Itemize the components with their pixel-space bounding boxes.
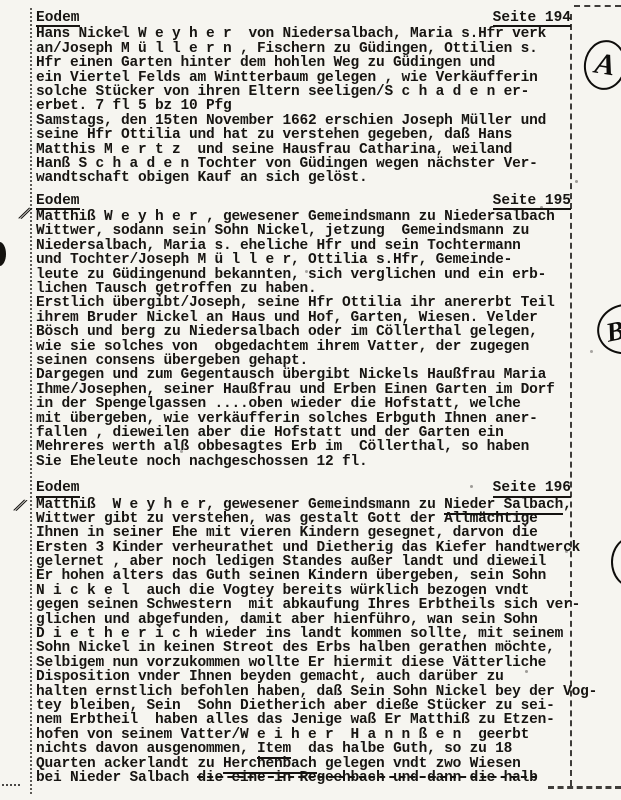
entry-body: Matthiß W e y h e r , gewesener Gemeinds… [36,210,621,469]
text-line: Ihme/Josephen, seiner Haußfrau und Erben… [36,383,621,397]
text-line: lichen Tausch getroffen zu haben. [36,282,621,296]
text-line: Matthis M e r t z und seine Hausfrau Cat… [36,143,621,157]
entry-body: Matthiß W e y h e r, gewesener Gemeindsm… [36,498,621,786]
text-line: seine Hfr Ottilia und hat zu verstehen g… [36,128,621,142]
entry-header: Eodem Seite 196 [36,483,571,497]
text-line: Matthiß W e y h e r , gewesener Gemeinds… [36,210,621,224]
text-line: halten ernstlich befohlen haben, daß Sei… [36,685,621,699]
text-line: Hans Nickel W e y h e r von Niedersalbac… [36,27,621,41]
strikethrough-extension [548,786,621,789]
text-line: Er hohen alters das Guth seinen Kindern … [36,569,621,583]
text-line: tey bleiben, Sein Sohn Dietherich aber d… [36,699,621,713]
text-line: Wittwer gibt zu verstehen, was gestalt G… [36,512,621,526]
entry-header: Eodem Seite 195 [36,196,571,210]
text-line: Wittwer, sodann sein Sohn Nickel, jetzun… [36,224,621,238]
text-line: fallen , dieweilen aber die Hofstatt und… [36,426,621,440]
text-line: an/Joseph M ü l l e r n , Fischern zu Gü… [36,42,621,56]
text-line: Ersten 3 Kinder verheurathet und Diether… [36,541,621,555]
text-line: ihrem Bruder Nickel an Haus und Hof, Gar… [36,311,621,325]
entry-body: Hans Nickel W e y h e r von Niedersalbac… [36,27,621,185]
text-line: erbet. 7 fl 5 bz 10 Pfg [36,99,621,113]
text-line: Hanß S c h a d e n Tochter von Güdingen … [36,157,621,171]
text-line: Sie Eheleute noch nachgeschossen 12 fl. [36,455,621,469]
text-line: Samstags, den 15ten November 1662 erschi… [36,114,621,128]
text-line: N i c k e l auch die Vogtey bereits würk… [36,584,621,598]
text-line: seinen consens übergeben gehapt. [36,354,621,368]
text-line: solche Stücker von ihren Eltern seeligen… [36,85,621,99]
top-right-dashed-mark [574,5,621,7]
entry-label: Eodem [36,194,80,210]
text-line: hofen von seinem Vatter/W e i h e r H a … [36,728,621,742]
page-ref: Seite 194 [493,11,571,27]
text-line: Sohn Nickel in keinen Streot des Erbs ha… [36,641,621,655]
left-margin-fold-line [30,8,32,794]
entry-label: Eodem [36,11,80,27]
page-ref: Seite 195 [493,194,571,210]
text-line: Disposition vnder Ihnen beyden gemacht, … [36,670,621,684]
entry-seite-194: Eodem Seite 194 Hans Nickel W e y h e r … [36,13,621,186]
text-line: wie sie solches von obgedachtem ihrem Va… [36,340,621,354]
left-edge-ink-blob [0,242,6,266]
text-line: Niedersalbach, Maria s. eheliche Hfr und… [36,239,621,253]
text-line: gegen seinen Schwestern mit abkaufung Ih… [36,598,621,612]
entry-seite-195: Eodem Seite 195 Matthiß W e y h e r , ge… [36,196,621,469]
entry-label: Eodem [36,481,80,497]
text-line: Matthiß W e y h e r, gewesener Gemeindsm… [36,498,621,512]
text-line: mit übergeben, wie verkäufferin solches … [36,412,621,426]
text-line: glichen und abgefunden, damit aber hienf… [36,613,621,627]
text-line: ein Viertel Felds am Wintterbaum gelegen… [36,71,621,85]
text-line: Selbigem nun vorzukommen wollte Er hierm… [36,656,621,670]
handwritten-slash-mark: // [15,204,31,225]
text-line: Erstlich übergibt/Joseph, seine Hfr Otti… [36,296,621,310]
text-line: leute zu Güdingenund bekannten, sich ver… [36,268,621,282]
text-line: Mehreres werth alß obbesagtes Erb im Cöl… [36,440,621,454]
text-line: und Tochter/Joseph M ü l l e r, Ottilia … [36,253,621,267]
text-line: D i e t h e r i c h wieder ins landt kom… [36,627,621,641]
entry-header: Eodem Seite 194 [36,13,571,27]
text-line: Bösch und berg zu Niedersalbach oder im … [36,325,621,339]
text-line: in der Spengelgassen ....oben wieder die… [36,397,621,411]
text-line: nem Erbtheil haben alles das Jenige waß … [36,713,621,727]
entry-seite-196: Eodem Seite 196 Matthiß W e y h e r, gew… [36,483,621,785]
text-line: nichts davon ausgenommen, Item das halbe… [36,742,621,756]
bottom-left-dashed-mark [2,784,20,786]
text-line: bei Nieder Salbach die eine in Regeehbac… [36,771,621,785]
text-line: wandtschaft obigen Kauf an sich gelöst. [36,171,621,185]
text-line: Quarten ackerlandt zu Herchenbach gelege… [36,757,621,771]
handwritten-slash-mark: // [10,496,26,517]
text-line: Hfr einen Garten hinter dem hohlen Weg z… [36,56,621,70]
text-line: Ihnen in seiner Ehe mit vieren Kindern g… [36,526,621,540]
text-line: gelernet , aber noch ledigen Standes auß… [36,555,621,569]
page-ref: Seite 196 [493,481,571,497]
document-page: A B // // Eodem Seite 194 Hans Nickel W … [0,0,621,800]
text-line: Dargegen und zum Gegentausch übergibt Ni… [36,368,621,382]
